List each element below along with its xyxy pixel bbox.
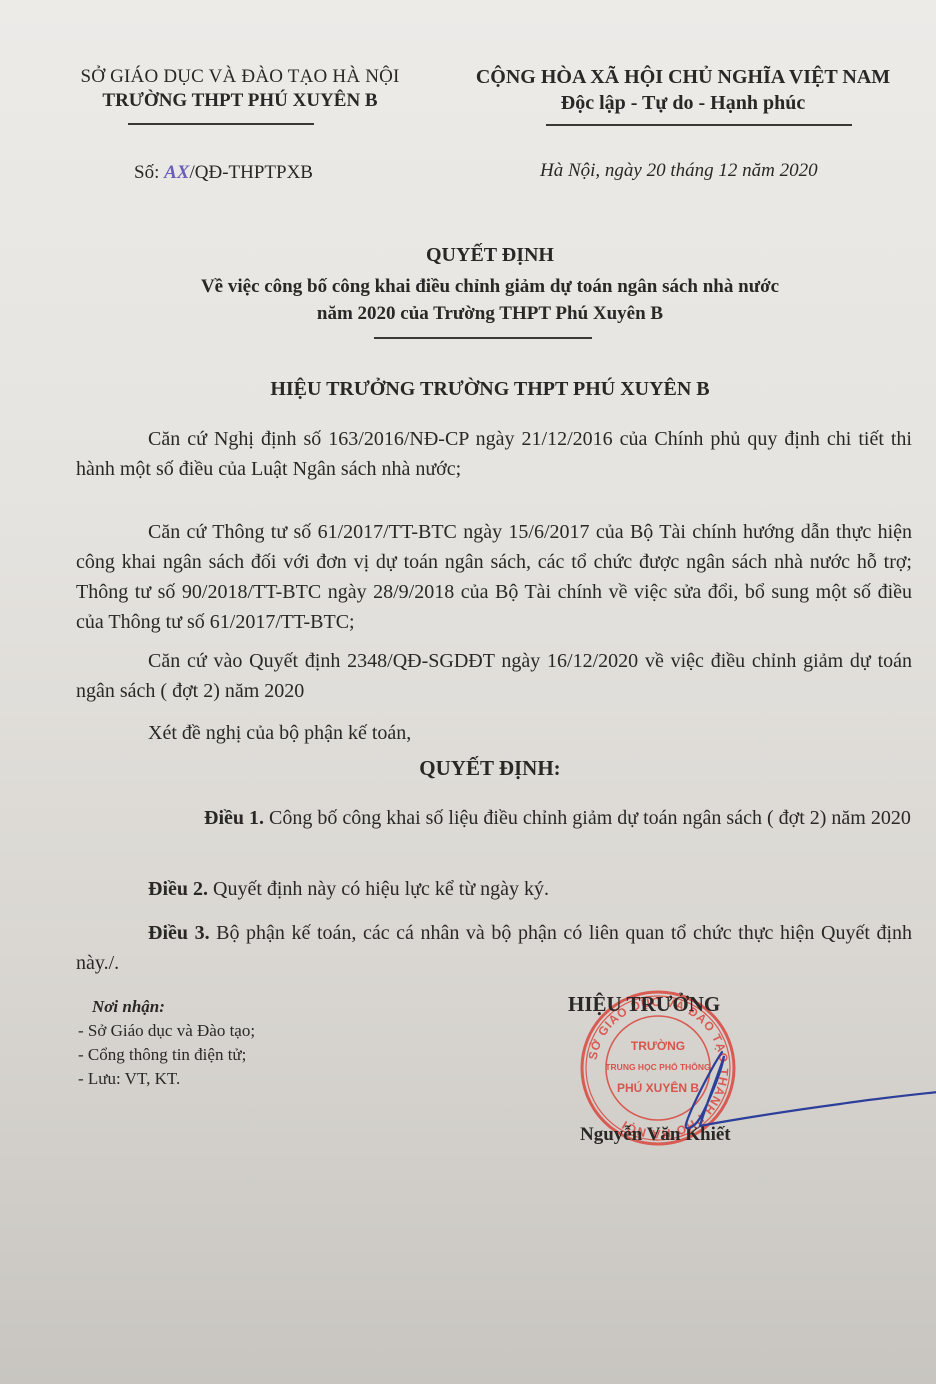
article-2: Điều 2. Quyết định này có hiệu lực kể từ… xyxy=(76,874,912,904)
place-date: Hà Nội, ngày 20 tháng 12 năm 2020 xyxy=(540,160,818,182)
recipient-item: - Lưu: VT, KT. xyxy=(78,1067,255,1091)
school-underline xyxy=(128,123,314,125)
article-1: Điều 1. Công bố công khai số liệu điều c… xyxy=(76,803,912,833)
subject-line-1: Về việc công bố công khai điều chỉnh giả… xyxy=(100,273,880,300)
issuing-authority: HIỆU TRƯỞNG TRƯỜNG THPT PHÚ XUYÊN B xyxy=(100,378,880,401)
national-header-block: CỘNG HÒA XÃ HỘI CHỦ NGHĨA VIỆT NAM Độc l… xyxy=(438,66,928,115)
doc-number-handwritten: AX xyxy=(164,162,189,183)
document-title: QUYẾT ĐỊNH Về việc công bố công khai điề… xyxy=(100,244,880,327)
title-underline xyxy=(374,337,592,339)
document-number: Số: AX/QĐ-THPTPXB xyxy=(134,162,313,184)
recipient-item: - Cổng thông tin điện tử; xyxy=(78,1043,255,1067)
decision-heading: QUYẾT ĐỊNH: xyxy=(100,756,880,781)
article-1-label: Điều 1. xyxy=(204,807,264,829)
motto-underline xyxy=(546,124,852,126)
signer-title: HIỆU TRƯỞNG xyxy=(568,992,720,1017)
legal-basis-3: Căn cứ vào Quyết định 2348/QĐ-SGDĐT ngày… xyxy=(76,646,912,706)
issuing-agency-block: SỞ GIÁO DỤC VÀ ĐÀO TẠO HÀ NỘI TRƯỜNG THP… xyxy=(40,66,440,112)
article-2-text: Quyết định này có hiệu lực kể từ ngày ký… xyxy=(208,878,549,900)
article-3-label: Điều 3. xyxy=(148,922,210,944)
legal-basis-1: Căn cứ Nghị định số 163/2016/NĐ-CP ngày … xyxy=(76,424,912,484)
recipient-item: - Sở Giáo dục và Đào tạo; xyxy=(78,1019,255,1043)
proposal-basis: Xét đề nghị của bộ phận kế toán, xyxy=(76,718,912,748)
recipients-block: Nơi nhận: - Sở Giáo dục và Đào tạo; - Cổ… xyxy=(78,995,255,1091)
article-1-text: Công bố công khai số liệu điều chỉnh giả… xyxy=(264,807,911,829)
national-motto: Độc lập - Tự do - Hạnh phúc xyxy=(438,92,928,115)
title-heading: QUYẾT ĐỊNH xyxy=(100,244,880,267)
doc-number-suffix: /QĐ-THPTPXB xyxy=(189,162,313,183)
recipients-title: Nơi nhận: xyxy=(92,995,255,1019)
title-subject: Về việc công bố công khai điều chỉnh giả… xyxy=(100,273,880,327)
doc-number-prefix: Số: xyxy=(134,162,164,183)
agency-name: SỞ GIÁO DỤC VÀ ĐÀO TẠO HÀ NỘI xyxy=(40,66,440,88)
legal-basis-2: Căn cứ Thông tư số 61/2017/TT-BTC ngày 1… xyxy=(76,517,912,637)
school-name: TRƯỜNG THPT PHÚ XUYÊN B xyxy=(102,90,377,112)
country-name: CỘNG HÒA XÃ HỘI CHỦ NGHĨA VIỆT NAM xyxy=(438,66,928,89)
article-3: Điều 3. Bộ phận kế toán, các cá nhân và … xyxy=(76,918,912,978)
article-2-label: Điều 2. xyxy=(148,878,208,900)
subject-line-2: năm 2020 của Trường THPT Phú Xuyên B xyxy=(100,300,880,327)
handwritten-signature-icon xyxy=(660,1040,936,1140)
